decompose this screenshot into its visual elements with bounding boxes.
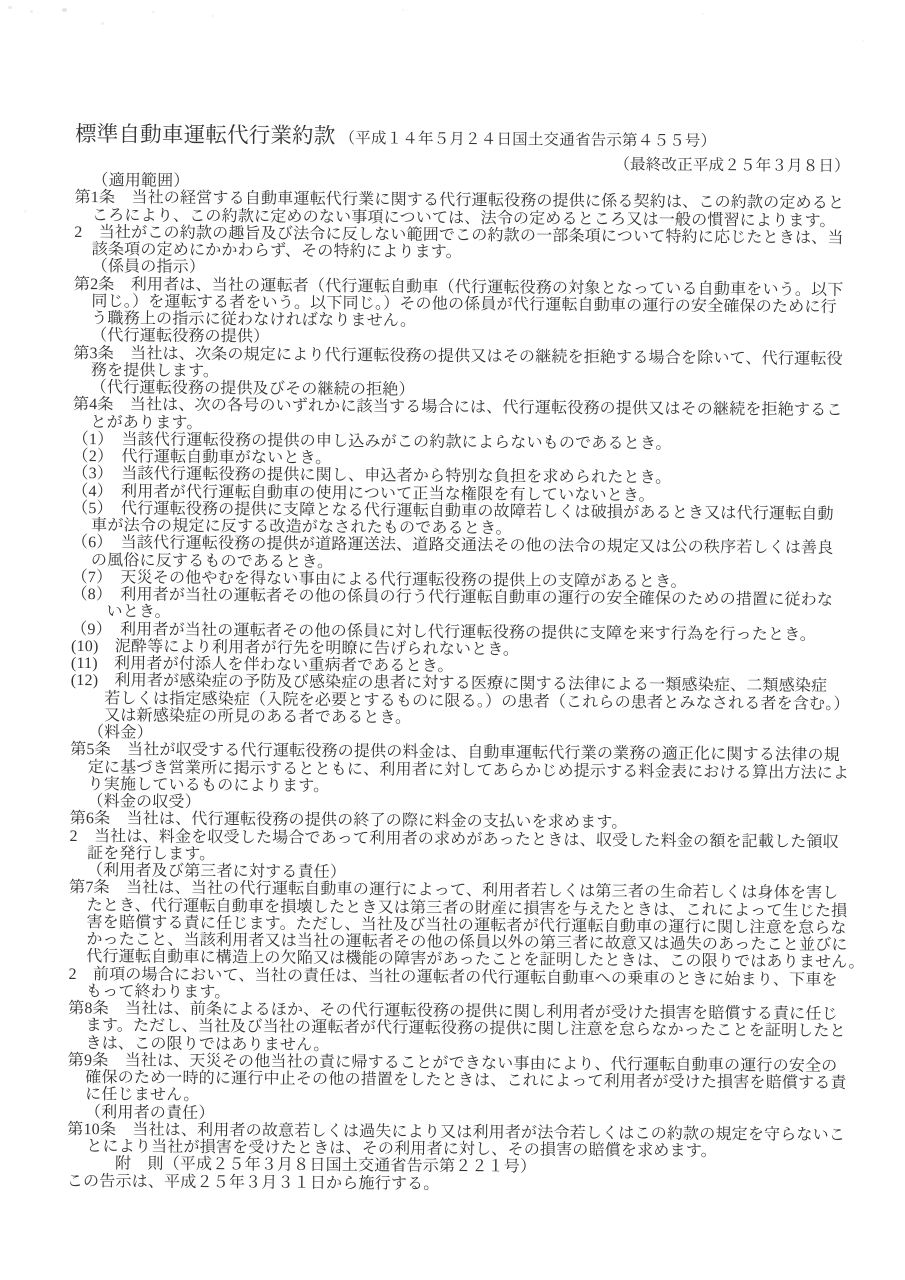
- scan-noise: [24, 210, 27, 213]
- document-title-note: （平成１４年５月２４日国土交通省告示第４５５号）: [335, 130, 716, 150]
- document-title: 標準自動車運転代行業約款: [75, 122, 336, 148]
- document-body: （適用範囲）第1条 当社の経営する自動車運転代行業に関する代行運転役務の提供に係…: [67, 172, 850, 1196]
- document-page: 標準自動車運転代行業約款（平成１４年５月２４日国土交通省告示第４５５号） （最終…: [0, 0, 905, 1280]
- scan-noise: [30, 10, 33, 13]
- scan-noise: [152, 11, 155, 13]
- document-title-line: 標準自動車運転代行業約款（平成１４年５月２４日国土交通省告示第４５５号）: [75, 121, 850, 156]
- scan-noise: [402, 9, 404, 11]
- scan-noise: [702, 13, 704, 15]
- scan-noise: [212, 15, 214, 17]
- scan-noise: [8, 6, 12, 9]
- scan-noise: [62, 8, 67, 12]
- scan-noise: [101, 22, 104, 25]
- scan-noise: [862, 40, 864, 42]
- terms-document: 標準自動車運転代行業約款（平成１４年５月２４日国土交通省告示第４５５号） （最終…: [67, 121, 850, 1196]
